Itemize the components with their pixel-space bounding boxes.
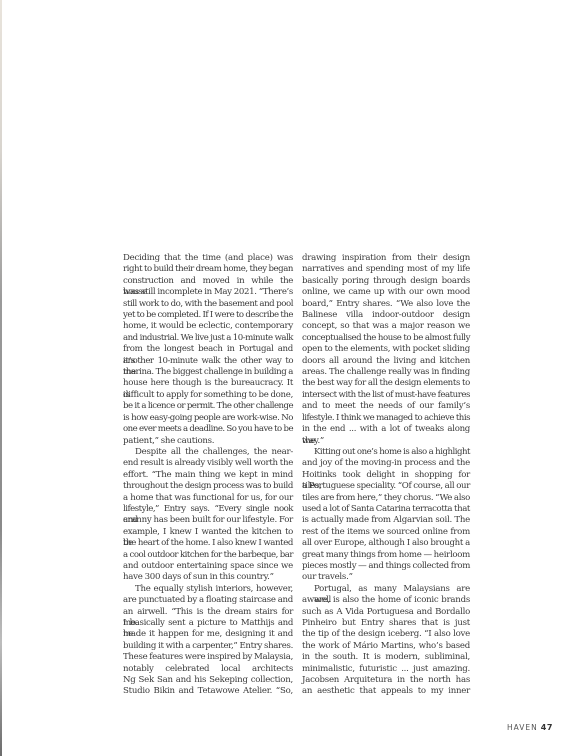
- text-line: minimalistic, futuristic ... just amazin…: [302, 664, 470, 675]
- text-line: a home that was functional for us, for o…: [123, 493, 293, 504]
- text-line: is how easy-going people are work-wise. …: [123, 413, 293, 424]
- text-line: Kitting out one’s home is also a highlig…: [302, 447, 470, 458]
- text-line: our travels.”: [302, 572, 470, 583]
- text-line: basically poring through design boards: [302, 276, 470, 287]
- text-line: tiles are from here,” they chorus. “We a…: [302, 493, 470, 504]
- text-line: the best way for all the design elements…: [302, 378, 470, 389]
- text-line: an aesthetic that appeals to my inner: [302, 686, 470, 697]
- text-line: Portugal, as many Malaysians are well: [302, 584, 470, 595]
- text-line: have 300 days of sun in this country.”: [123, 572, 293, 583]
- text-line: difficult to apply for something to be d…: [123, 390, 293, 401]
- text-line: construction and moved in while the hous…: [123, 276, 293, 287]
- text-line: the heart of the home. I also knew I wan…: [123, 538, 293, 549]
- page-gutter-edge: [0, 0, 2, 756]
- text-line: concept, so that was a major reason we: [302, 321, 470, 332]
- text-line: are punctuated by a floating staircase a…: [123, 595, 293, 606]
- text-line: a Portuguese speciality. “Of course, all…: [302, 481, 470, 492]
- article-column-left: Deciding that the time (and place) wasri…: [123, 253, 293, 698]
- text-line: pieces mostly — and things collected fro…: [302, 561, 470, 572]
- text-line: Despite all the challenges, the near-: [123, 447, 293, 458]
- text-line: drawing inspiration from their design: [302, 253, 470, 264]
- text-line: used a lot of Santa Catarina terracotta …: [302, 504, 470, 515]
- text-line: intersect with the list of must-have fea…: [302, 390, 470, 401]
- text-line: an airwell. “This is the dream stairs fo…: [123, 607, 293, 618]
- text-line: Balinese villa indoor-outdoor design: [302, 310, 470, 321]
- text-line: lifestyle,” Entry says. “Every single no…: [123, 504, 293, 515]
- text-line: Pinheiro but Entry shares that is just: [302, 618, 470, 629]
- text-line: I basically sent a picture to Matthijs a…: [123, 618, 293, 629]
- text-line: home, it would be eclectic, contemporary: [123, 321, 293, 332]
- text-line: in the south. It is modern, subliminal,: [302, 652, 470, 663]
- text-line: another 10-minute walk the other way to …: [123, 356, 293, 367]
- text-line: patient,” she cautions.: [123, 436, 293, 447]
- text-line: such as A Vida Portuguesa and Bordallo: [302, 607, 470, 618]
- text-line: throughout the design process was to bui…: [123, 481, 293, 492]
- text-line: doors all around the living and kitchen: [302, 356, 470, 367]
- article-column-right: drawing inspiration from their designnar…: [302, 253, 470, 698]
- text-line: narratives and spending most of my life: [302, 264, 470, 275]
- text-line: made it happen for me, designing it and: [123, 629, 293, 640]
- text-line: The equally stylish interiors, however,: [123, 584, 293, 595]
- text-line: areas. The challenge really was in findi…: [302, 367, 470, 378]
- text-line: right to build their dream home, they be…: [123, 264, 293, 275]
- text-line: marina. The biggest challenge in buildin…: [123, 367, 293, 378]
- text-line: conceptualised the house to be almost fu…: [302, 333, 470, 344]
- text-line: is actually made from Algarvian soil. Th…: [302, 515, 470, 526]
- text-line: Deciding that the time (and place) was: [123, 253, 293, 264]
- text-line: and industrial. We live just a 10-minute…: [123, 333, 293, 344]
- text-line: the tip of the design iceberg. “I also l…: [302, 629, 470, 640]
- text-line: house here though is the bureaucracy. It…: [123, 378, 293, 389]
- text-line: the work of Mário Martins, who’s based: [302, 641, 470, 652]
- text-line: end result is already visibly well worth…: [123, 458, 293, 469]
- text-line: way.”: [302, 436, 470, 447]
- text-line: Ng Sek San and his Sekeping collection,: [123, 675, 293, 686]
- text-line: still work to do, with the basement and …: [123, 299, 293, 310]
- text-line: online, we came up with our own mood: [302, 287, 470, 298]
- text-line: Hoitinks took delight in shopping for ti…: [302, 470, 470, 481]
- text-line: rest of the items we sourced online from: [302, 527, 470, 538]
- text-line: in the end ... with a lot of tweaks alon…: [302, 424, 470, 435]
- text-line: lifestyle. I think we managed to achieve…: [302, 413, 470, 424]
- text-line: notably celebrated local architects: [123, 664, 293, 675]
- text-line: all over Europe, although I also brought…: [302, 538, 470, 549]
- text-line: from the longest beach in Portugal and i…: [123, 344, 293, 355]
- text-line: great many things from home — heirloom: [302, 550, 470, 561]
- text-line: example, I knew I wanted the kitchen to …: [123, 527, 293, 538]
- page-number: 47: [541, 723, 553, 732]
- text-line: be it a licence or permit. The other cha…: [123, 401, 293, 412]
- text-line: effort. “The main thing we kept in mind: [123, 470, 293, 481]
- text-line: cranny has been built for our lifestyle.…: [123, 515, 293, 526]
- text-line: and outdoor entertaining space since we: [123, 561, 293, 572]
- text-line: aware, is also the home of iconic brands: [302, 595, 470, 606]
- text-line: and joy of the moving-in process and the: [302, 458, 470, 469]
- text-line: board,” Entry shares. “We also love the: [302, 299, 470, 310]
- text-line: Studio Bikin and Tetawowe Atelier. “So,: [123, 686, 293, 697]
- text-line: building it with a carpenter,” Entry sha…: [123, 641, 293, 652]
- text-line: These features were inspired by Malaysia…: [123, 652, 293, 663]
- text-line: and to meet the needs of our family’s: [302, 401, 470, 412]
- text-line: yet to be completed. If I were to descri…: [123, 310, 293, 321]
- page-folio: HAVEN47: [507, 723, 553, 732]
- text-line: one ever meets a deadline. So you have t…: [123, 424, 293, 435]
- magazine-name: HAVEN: [507, 723, 538, 732]
- text-line: open to the elements, with pocket slidin…: [302, 344, 470, 355]
- text-line: Jacobsen Arquitetura in the north has: [302, 675, 470, 686]
- text-line: a cool outdoor kitchen for the barbeque,…: [123, 550, 293, 561]
- text-line: was still incomplete in May 2021. “There…: [123, 287, 293, 298]
